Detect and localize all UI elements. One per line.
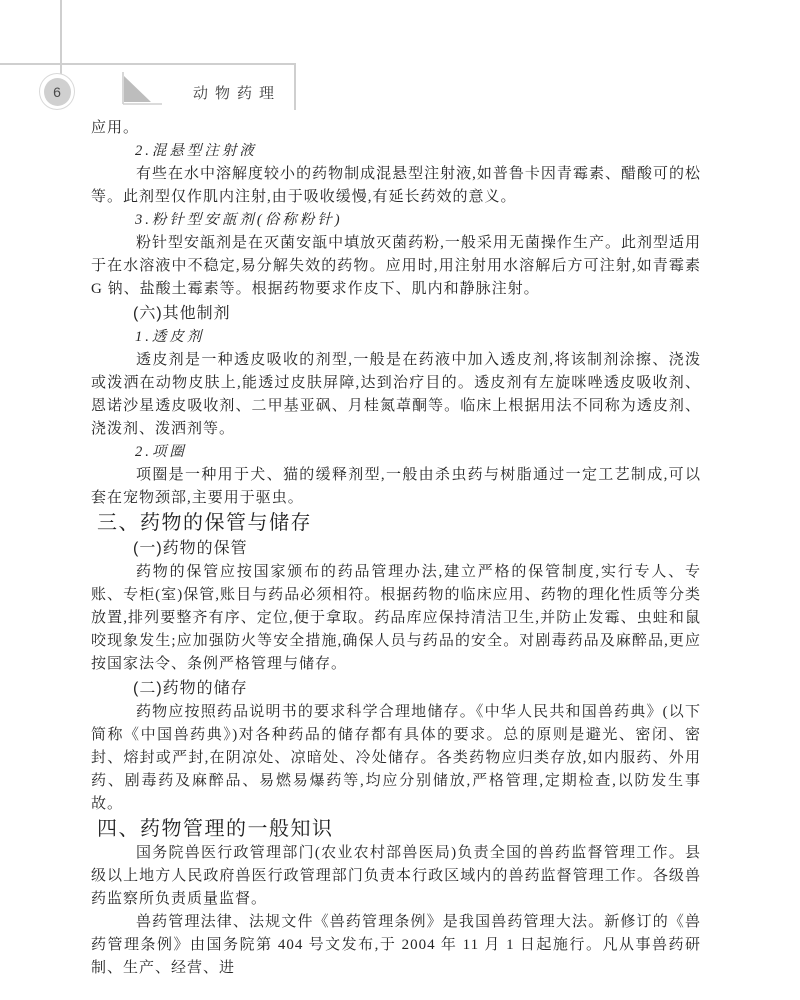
page-number-badge: 6 <box>39 73 75 110</box>
header-rule-vertical <box>294 63 296 110</box>
paragraph: 项圈是一种用于犬、猫的缓释剂型,一般由杀虫药与树脂通过一定工艺制成,可以套在宠物… <box>91 464 701 510</box>
paragraph: 药物应按照药品说明书的要求科学合理地储存。《中华人民共和国兽药典》(以下简称《中… <box>91 701 701 816</box>
sub-heading-other-preparations: (六)其他制剂 <box>91 301 701 326</box>
paragraph-continuation: 应用。 <box>91 117 701 140</box>
numbered-heading-collar: 2.项圈 <box>91 441 701 464</box>
section-heading-management: 四、药物管理的一般知识 <box>91 816 701 842</box>
sub-heading-storing: (二)药物的储存 <box>91 676 701 701</box>
numbered-heading-powder-ampoule: 3.粉针型安瓿剂(俗称粉针) <box>91 209 701 232</box>
paragraph: 透皮剂是一种透皮吸收的剂型,一般是在药液中加入透皮剂,将该制剂涂擦、浇泼或泼洒在… <box>91 349 701 441</box>
sub-heading-safekeeping: (一)药物的保管 <box>91 536 701 561</box>
paragraph: 粉针型安瓿剂是在灭菌安瓿中填放灭菌药粉,一般采用无菌操作生产。此剂型适用于在水溶… <box>91 232 701 301</box>
paragraph: 兽药管理法律、法规文件《兽药管理条例》是我国兽药管理大法。新修订的《兽药管理条例… <box>91 911 701 980</box>
paragraph: 有些在水中溶解度较小的药物制成混悬型注射液,如普鲁卡因青霉素、醋酸可的松等。此剂… <box>91 163 701 209</box>
chapter-triangle-icon <box>121 71 165 109</box>
paragraph: 国务院兽医行政管理部门(农业农村部兽医局)负责全国的兽药监督管理工作。县级以上地… <box>91 842 701 911</box>
page-number: 6 <box>44 78 71 106</box>
page-content: 应用。 2.混悬型注射液 有些在水中溶解度较小的药物制成混悬型注射液,如普鲁卡因… <box>91 117 701 980</box>
running-title: 动物药理 <box>193 82 281 103</box>
header-tick-line <box>60 0 62 74</box>
numbered-heading-suspension-injection: 2.混悬型注射液 <box>91 140 701 163</box>
numbered-heading-transdermal: 1.透皮剂 <box>91 326 701 349</box>
header-rule-horizontal <box>0 63 296 65</box>
paragraph: 药物的保管应按国家颁布的药品管理办法,建立严格的保管制度,实行专人、专账、专柜(… <box>91 561 701 676</box>
section-heading-storage: 三、药物的保管与储存 <box>91 510 701 536</box>
